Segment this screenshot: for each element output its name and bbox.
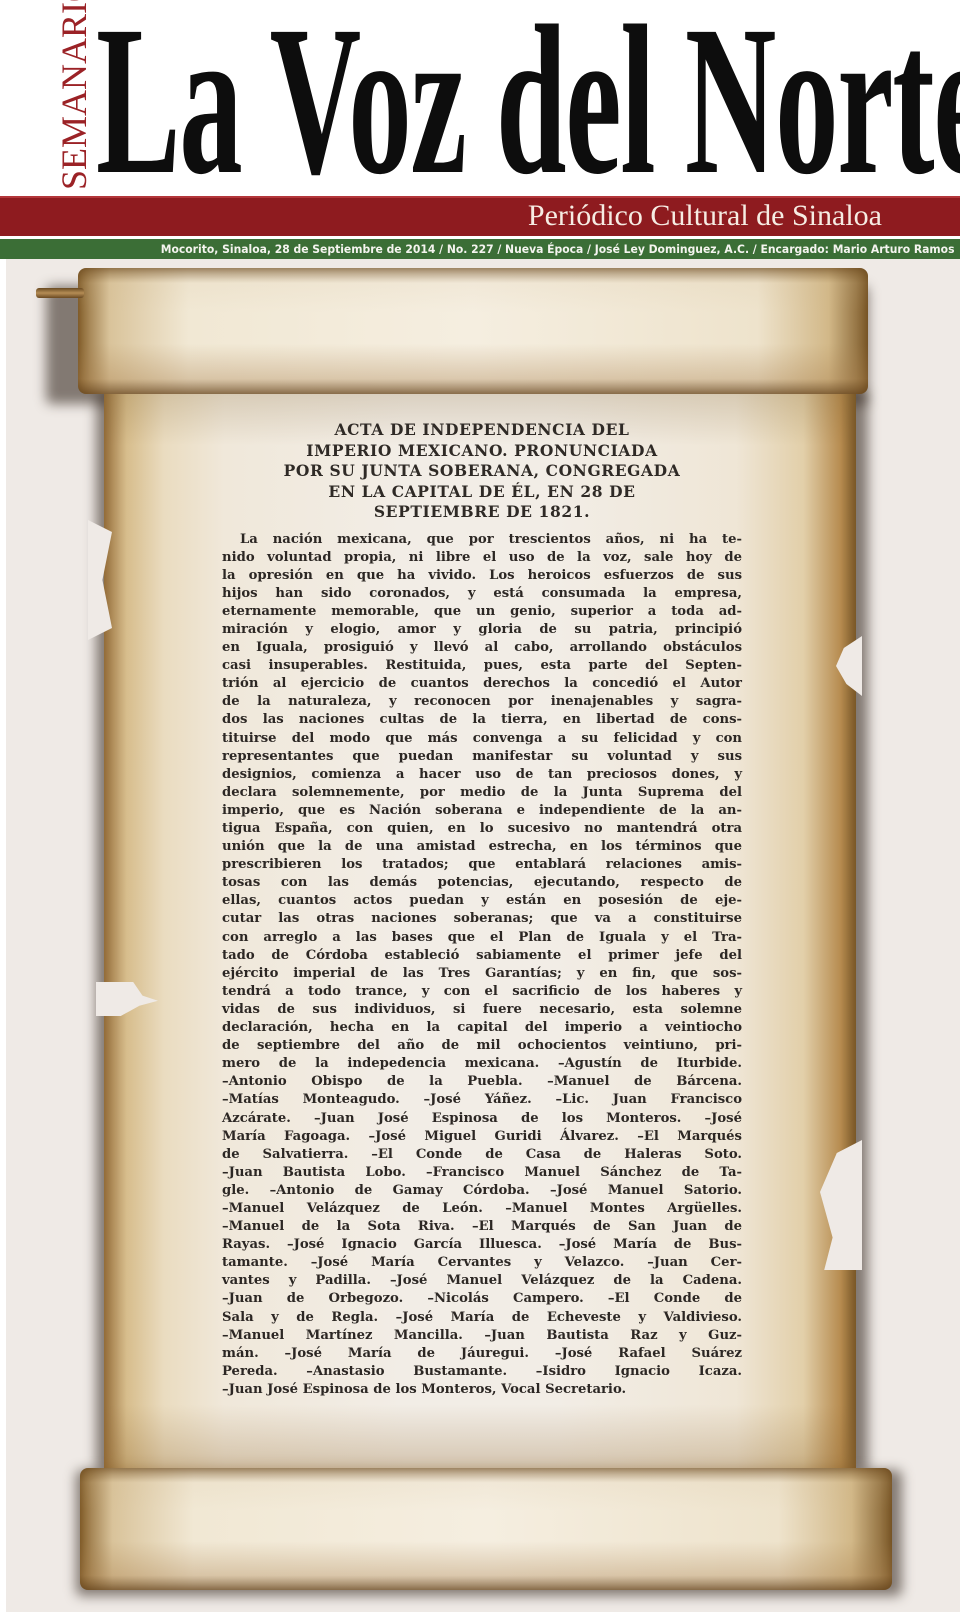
body-line: tosas con las demás potencias, ejecutand… [222, 874, 742, 892]
body-line: La nación mexicana, que por trescientos … [222, 531, 742, 549]
body-line: designios, comienza a hacer uso de tan p… [222, 766, 742, 784]
body-line: declara solemnemente, por medio de la Ju… [222, 784, 742, 802]
body-line: cutar las otras naciones soberanas; que … [222, 910, 742, 928]
body-line: –Matías Monteagudo. –José Yáñez. –Lic. J… [222, 1091, 742, 1109]
title-line: ACTA DE INDEPENDENCIA DEL [222, 420, 742, 441]
body-line: casi insuperables. Restituida, pues, est… [222, 657, 742, 675]
body-line: –Juan de Orbegozo. –Nicolás Campero. –El… [222, 1290, 742, 1308]
title-line: SEPTIEMBRE DE 1821. [222, 502, 742, 523]
title-line: POR SU JUNTA SOBERANA, CONGREGADA [222, 461, 742, 482]
body-line: trión al ejercicio de cuantos derechos l… [222, 675, 742, 693]
dateline: Mocorito, Sinaloa, 28 de Septiembre de 2… [160, 240, 954, 258]
title-line: EN LA CAPITAL DE ÉL, EN 28 DE [222, 482, 742, 503]
scroll-roll-top [78, 268, 868, 394]
scroll-tab-left [36, 288, 84, 298]
body-line: representantes que puedan manifestar su … [222, 748, 742, 766]
body-line: tigua España, con quien, en lo sucesivo … [222, 820, 742, 838]
body-line: la opresión en que ha vivido. Los heroic… [222, 567, 742, 585]
body-line: prescribieren los tratados; que entablar… [222, 856, 742, 874]
document-body: La nación mexicana, que por trescientos … [222, 531, 742, 1400]
body-line: tado de Córdoba estableció sabiamente el… [222, 947, 742, 965]
body-line: mero de la indepedencia mexicana. –Agust… [222, 1055, 742, 1073]
body-line: hijos han sido coronados, y está consuma… [222, 585, 742, 603]
title-line: IMPERIO MEXICANO. PRONUNCIADA [222, 441, 742, 462]
body-line: –Manuel de la Sota Riva. –El Marqués de … [222, 1218, 742, 1236]
masthead: SEMANARIO La Voz del Norte [0, 0, 960, 196]
body-line: unión que la de una amistad estrecha, en… [222, 838, 742, 856]
body-line: –Antonio Obispo de la Puebla. –Manuel de… [222, 1073, 742, 1091]
body-line: eternamente memorable, que un genio, sup… [222, 603, 742, 621]
body-line: mán. –José María de Jáuregui. –José Rafa… [222, 1345, 742, 1363]
body-line: ejército imperial de las Tres Garantías;… [222, 965, 742, 983]
body-line: miración y elogio, amor y gloria de su p… [222, 621, 742, 639]
body-line: vidas de sus individuos, si fuere necesa… [222, 1001, 742, 1019]
body-line: gle. –Antonio de Gamay Córdoba. –José Ma… [222, 1182, 742, 1200]
body-line: imperio, que es Nación soberana e indepe… [222, 802, 742, 820]
body-line: Rayas. –José Ignacio García Illuesca. –J… [222, 1236, 742, 1254]
body-line: tendrá a todo trance, y con el sacrifici… [222, 983, 742, 1001]
body-line: –Juan José Espinosa de los Monteros, Voc… [222, 1381, 742, 1399]
body-line: –Manuel Velázquez de León. –Manuel Monte… [222, 1200, 742, 1218]
masthead-kicker: SEMANARIO [56, 18, 92, 190]
body-line: vantes y Padilla. –José Manuel Velázquez… [222, 1272, 742, 1290]
body-line: de septiembre del año de mil ochocientos… [222, 1037, 742, 1055]
scroll-roll-bottom [80, 1468, 892, 1590]
body-line: dos las naciones cultas de la tierra, en… [222, 711, 742, 729]
body-line: con arreglo a las bases que el Plan de I… [222, 929, 742, 947]
newspaper-subtitle: Periódico Cultural de Sinaloa [528, 197, 882, 235]
body-line: Pereda. –Anastasio Bustamante. –Isidro I… [222, 1363, 742, 1381]
body-line: ellas, cuantos actos puedan y están en p… [222, 892, 742, 910]
newspaper-title: La Voz del Norte [96, 0, 960, 208]
body-line: Sala y de Regla. –José María de Echevest… [222, 1309, 742, 1327]
body-line: de Salvatierra. –El Conde de Casa de Hal… [222, 1146, 742, 1164]
page-margin [0, 259, 6, 1612]
body-line: de la naturaleza, y reconocen por inenaj… [222, 693, 742, 711]
body-line: en Iguala, prosiguió y llevó al cabo, ar… [222, 639, 742, 657]
body-line: tituirse del modo que más convenga a su … [222, 730, 742, 748]
body-line: declaración, hecha en la capital del imp… [222, 1019, 742, 1037]
body-line: –Juan Bautista Lobo. –Francisco Manuel S… [222, 1164, 742, 1182]
body-line: Azcárate. –Juan José Espinosa de los Mon… [222, 1110, 742, 1128]
body-line: nido voluntad propia, ni libre el uso de… [222, 549, 742, 567]
independence-act: ACTA DE INDEPENDENCIA DEL IMPERIO MEXICA… [222, 420, 742, 1399]
body-line: –Manuel Martínez Mancilla. –Juan Bautist… [222, 1327, 742, 1345]
document-title: ACTA DE INDEPENDENCIA DEL IMPERIO MEXICA… [222, 420, 742, 523]
body-line: tamante. –José María Cervantes y Velazco… [222, 1254, 742, 1272]
body-line: María Fagoaga. –José Miguel Guridi Álvar… [222, 1128, 742, 1146]
